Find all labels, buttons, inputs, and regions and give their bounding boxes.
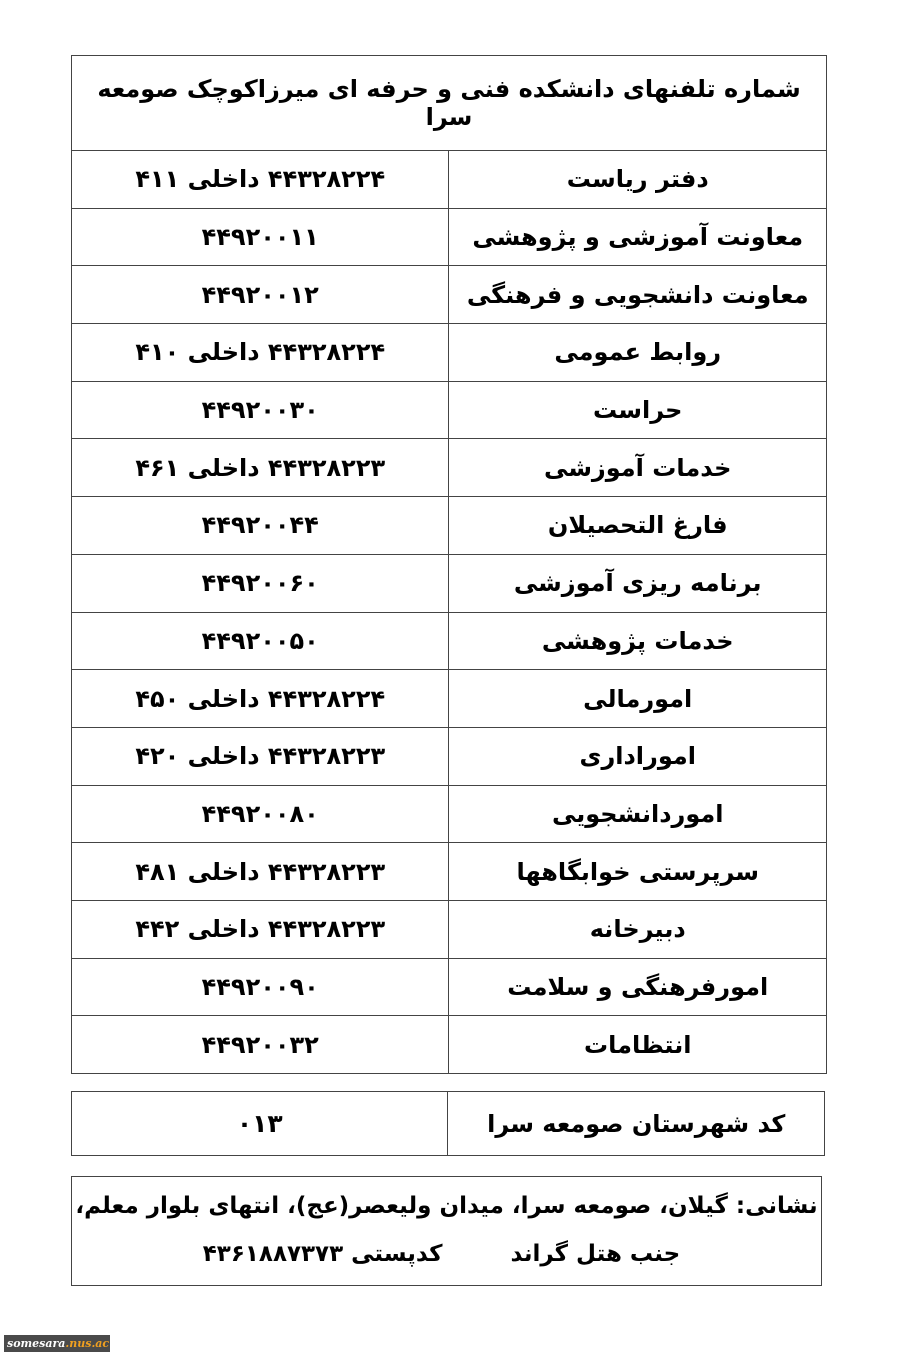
table-row: خدمات پژوهشی ۴۴۹۲۰۰۵۰	[72, 612, 827, 670]
department-cell: دفتر ریاست	[449, 151, 827, 209]
phone-cell: ۴۴۳۲۸۲۲۳ داخلی ۴۸۱	[72, 843, 449, 901]
phone-cell: ۴۴۳۲۸۲۲۳ داخلی ۴۲۰	[72, 727, 449, 785]
department-cell: حراست	[449, 381, 827, 439]
department-cell: برنامه ریزی آموزشی	[449, 554, 827, 612]
phone-cell: ۴۴۳۲۸۲۲۴ داخلی ۴۱۰	[72, 324, 449, 382]
department-cell: سرپرستی خوابگاهها	[449, 843, 827, 901]
department-cell: خدمات آموزشی	[449, 439, 827, 497]
department-cell: اموراداری	[449, 727, 827, 785]
phone-cell: ۴۴۹۲۰۰۸۰	[72, 785, 449, 843]
department-cell: امورفرهنگی و سلامت	[449, 958, 827, 1016]
table-row: معاونت آموزشی و پژوهشی ۴۴۹۲۰۰۱۱	[72, 208, 827, 266]
table-row: سرپرستی خوابگاهها ۴۴۳۲۸۲۲۳ داخلی ۴۸۱	[72, 843, 827, 901]
area-code-row: کد شهرستان صومعه سرا ۰۱۳	[72, 1092, 825, 1156]
table-title: شماره تلفنهای دانشکده فنی و حرفه ای میرز…	[72, 56, 827, 151]
department-cell: امورمالی	[449, 670, 827, 728]
site-watermark: somesara.nus.ac.ir	[4, 1335, 110, 1352]
address-line-2: جنب هتل گراند کدپستی ۴۳۶۱۸۸۷۳۷۳	[72, 1237, 821, 1271]
address-location: جنب هتل گراند	[511, 1241, 681, 1267]
department-cell: دبیرخانه	[449, 900, 827, 958]
phone-cell: ۴۴۹۲۰۰۳۰	[72, 381, 449, 439]
department-cell: اموردانشجویی	[449, 785, 827, 843]
phone-cell: ۴۴۹۲۰۰۱۱	[72, 208, 449, 266]
area-code-label: کد شهرستان صومعه سرا	[448, 1092, 825, 1156]
department-cell: معاونت دانشجویی و فرهنگی	[449, 266, 827, 324]
table-row: اموراداری ۴۴۳۲۸۲۲۳ داخلی ۴۲۰	[72, 727, 827, 785]
phone-cell: ۴۴۹۲۰۰۹۰	[72, 958, 449, 1016]
table-row: فارغ التحصیلان ۴۴۹۲۰۰۴۴	[72, 497, 827, 555]
table-row: خدمات آموزشی ۴۴۳۲۸۲۲۳ داخلی ۴۶۱	[72, 439, 827, 497]
phone-cell: ۴۴۹۲۰۰۴۴	[72, 497, 449, 555]
table-row: اموردانشجویی ۴۴۹۲۰۰۸۰	[72, 785, 827, 843]
phone-cell: ۴۴۳۲۸۲۲۳ داخلی ۴۴۲	[72, 900, 449, 958]
watermark-part-2: .nus.ac.ir	[65, 1337, 110, 1350]
area-code-table: کد شهرستان صومعه سرا ۰۱۳	[71, 1091, 825, 1156]
phone-cell: ۴۴۹۲۰۰۳۲	[72, 1016, 449, 1074]
contacts-table: شماره تلفنهای دانشکده فنی و حرفه ای میرز…	[71, 55, 827, 1074]
table-row: امورمالی ۴۴۳۲۸۲۲۴ داخلی ۴۵۰	[72, 670, 827, 728]
department-cell: خدمات پژوهشی	[449, 612, 827, 670]
area-code-value: ۰۱۳	[72, 1092, 448, 1156]
phone-cell: ۴۴۳۲۸۲۲۴ داخلی ۴۱۱	[72, 151, 449, 209]
phone-cell: ۴۴۹۲۰۰۶۰	[72, 554, 449, 612]
department-cell: معاونت آموزشی و پژوهشی	[449, 208, 827, 266]
watermark-part-1: somesara	[7, 1337, 65, 1350]
phone-cell: ۴۴۳۲۸۲۲۳ داخلی ۴۶۱	[72, 439, 449, 497]
document-page: شماره تلفنهای دانشکده فنی و حرفه ای میرز…	[0, 0, 900, 1361]
table-row: حراست ۴۴۹۲۰۰۳۰	[72, 381, 827, 439]
phone-cell: ۴۴۳۲۸۲۲۴ داخلی ۴۵۰	[72, 670, 449, 728]
postal-code-value: ۴۳۶۱۸۸۷۳۷۳	[203, 1241, 343, 1267]
phone-cell: ۴۴۹۲۰۰۱۲	[72, 266, 449, 324]
table-row: امورفرهنگی و سلامت ۴۴۹۲۰۰۹۰	[72, 958, 827, 1016]
table-row: دفتر ریاست ۴۴۳۲۸۲۲۴ داخلی ۴۱۱	[72, 151, 827, 209]
table-row: انتظامات ۴۴۹۲۰۰۳۲	[72, 1016, 827, 1074]
department-cell: روابط عمومی	[449, 324, 827, 382]
table-row: برنامه ریزی آموزشی ۴۴۹۲۰۰۶۰	[72, 554, 827, 612]
address-box: نشانی: گیلان، صومعه سرا، میدان ولیعصر(عج…	[71, 1176, 822, 1286]
address-line-1: نشانی: گیلان، صومعه سرا، میدان ولیعصر(عج…	[72, 1189, 821, 1223]
phone-cell: ۴۴۹۲۰۰۵۰	[72, 612, 449, 670]
table-row: دبیرخانه ۴۴۳۲۸۲۲۳ داخلی ۴۴۲	[72, 900, 827, 958]
table-row: روابط عمومی ۴۴۳۲۸۲۲۴ داخلی ۴۱۰	[72, 324, 827, 382]
department-cell: انتظامات	[449, 1016, 827, 1074]
postal-code-label: کدپستی	[351, 1241, 442, 1267]
department-cell: فارغ التحصیلان	[449, 497, 827, 555]
table-row: معاونت دانشجویی و فرهنگی ۴۴۹۲۰۰۱۲	[72, 266, 827, 324]
